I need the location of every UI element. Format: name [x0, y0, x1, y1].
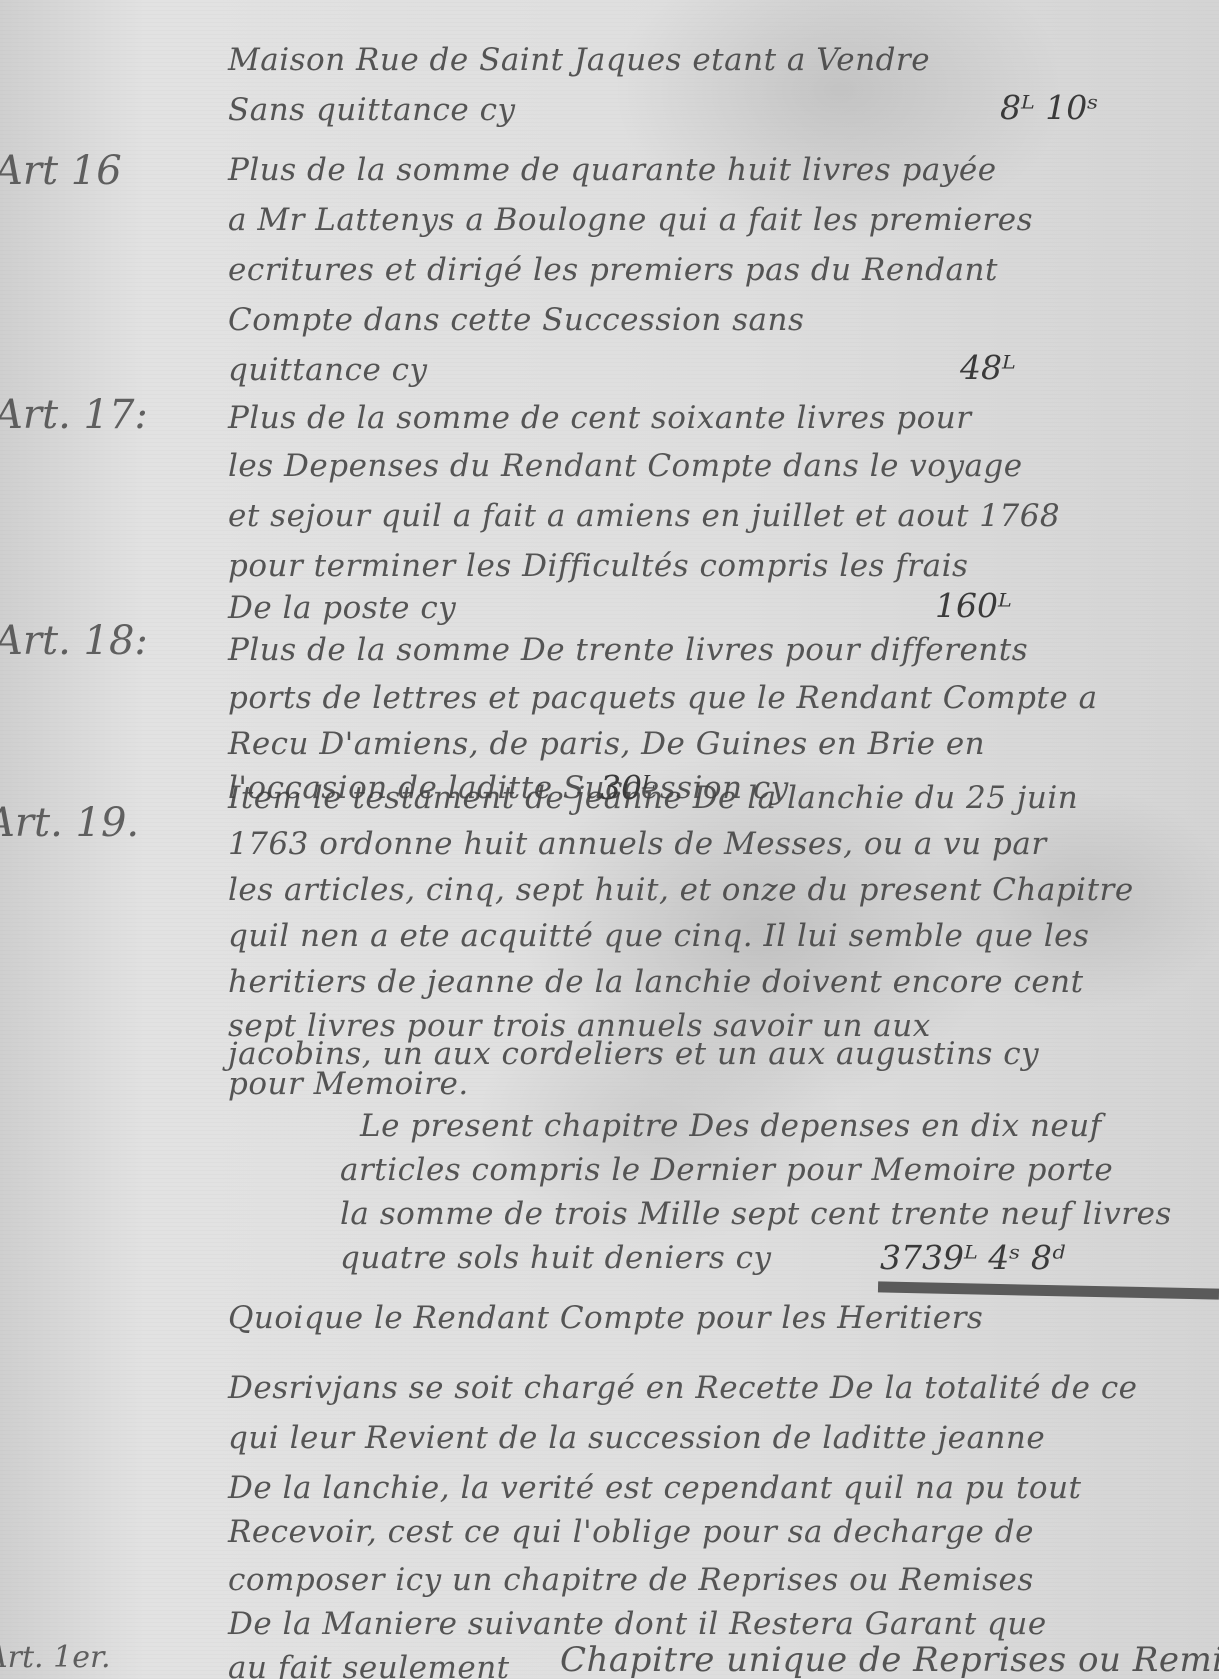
- text-line: De la poste cy: [228, 590, 456, 626]
- summary-line: articles compris le Dernier pour Memoire…: [340, 1152, 1113, 1188]
- quoique-text: Quoique le Rendant Compte pour les Herit…: [228, 1300, 983, 1336]
- total-underline: [878, 1281, 1219, 1299]
- text-line: ecritures et dirigé les premiers pas du …: [228, 252, 998, 288]
- text-line: quil nen a ete acquitté que cinq. Il lui…: [228, 918, 1089, 954]
- amount-art-17: 160ᴸ: [935, 586, 1012, 625]
- text-line: les Depenses du Rendant Compte dans le v…: [228, 448, 1023, 484]
- amount-art-15: 8ᴸ 10ˢ: [1000, 88, 1098, 127]
- manuscript-page: Art 16 Art. 17: Art. 18: Art. 19. Art. 1…: [0, 0, 1219, 1679]
- amount-total: 3739ᴸ 4ˢ 8ᵈ: [880, 1238, 1065, 1277]
- text-line: Plus de la somme de cent soixante livres…: [228, 400, 972, 436]
- text-line: quittance cy: [228, 352, 428, 388]
- amount-art-16: 48ᴸ: [960, 348, 1016, 387]
- text-line: Compte dans cette Succession sans: [228, 302, 804, 338]
- text-line: Desrivjans se soit chargé en Recette De …: [228, 1370, 1138, 1406]
- text-line: Sans quittance cy: [228, 92, 515, 128]
- text-line: Recevoir, cest ce qui l'oblige pour sa d…: [228, 1514, 1034, 1550]
- text-line: pour Memoire.: [228, 1066, 469, 1102]
- text-line: et sejour quil a fait a amiens en juille…: [228, 498, 1060, 534]
- text-line: les articles, cinq, sept huit, et onze d…: [228, 872, 1134, 908]
- summary-line: la somme de trois Mille sept cent trente…: [340, 1196, 1172, 1232]
- paragraph-line-quoique: Quoique le Rendant Compte pour les Herit…: [228, 1300, 983, 1336]
- margin-label-art-19: Art. 19.: [0, 800, 139, 846]
- margin-label-art-18: Art. 18:: [0, 618, 148, 664]
- text-line: au fait seulement: [228, 1650, 510, 1679]
- text-line: De la Maniere suivante dont il Restera G…: [228, 1606, 1047, 1642]
- text-line: Plus de la somme de quarante huit livres…: [228, 152, 997, 188]
- text-line: Plus de la somme De trente livres pour d…: [228, 632, 1028, 668]
- text-line: Recu D'amiens, de paris, De Guines en Br…: [228, 726, 985, 762]
- text-line: a Mr Lattenys a Boulogne qui a fait les …: [228, 202, 1033, 238]
- text-line: De la lanchie, la verité est cependant q…: [228, 1470, 1082, 1506]
- text-line: 1763 ordonne huit annuels de Messes, ou …: [228, 826, 1047, 862]
- text-line: composer icy un chapitre de Reprises ou …: [228, 1562, 1034, 1598]
- margin-label-art-16: Art 16: [0, 148, 122, 194]
- text-line: heritiers de jeanne de la lanchie doiven…: [228, 964, 1084, 1000]
- summary-line: Le present chapitre Des depenses en dix …: [360, 1108, 1102, 1144]
- margin-label-art-17: Art. 17:: [0, 392, 148, 438]
- text-line: pour terminer les Difficultés compris le…: [228, 548, 968, 584]
- summary-line: quatre sols huit deniers cy: [340, 1240, 772, 1276]
- amount-art-18: 30ᴸ: [600, 768, 656, 807]
- chapter-heading: Chapitre unique de Reprises ou Remises: [560, 1640, 1219, 1679]
- margin-label-art-1: Art. 1er.: [0, 1640, 111, 1675]
- text-line: qui leur Revient de la succession de lad…: [228, 1420, 1045, 1456]
- text-line: Maison Rue de Saint Jaques etant a Vendr…: [228, 42, 930, 78]
- text-line: ports de lettres et pacquets que le Rend…: [228, 680, 1098, 716]
